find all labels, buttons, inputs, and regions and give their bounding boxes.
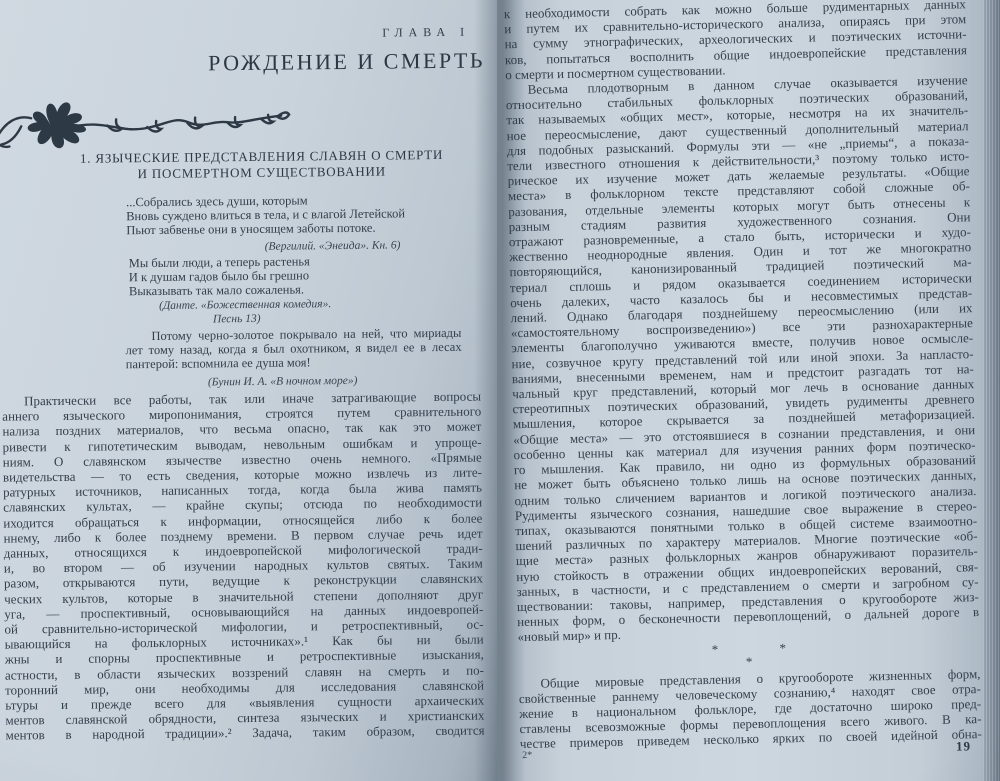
chapter-title: РОЖДЕНИЕ И СМЕРТЬ	[176, 47, 516, 77]
epigraph-attribution-line: (Бунин И. А. «В ночном море»)	[208, 375, 356, 390]
epigraph-attribution-line: Песнь 13)	[159, 312, 314, 327]
epigraph-dante: Мы были люди, а теперь растеньяИ к душам…	[129, 253, 464, 299]
epigraph-bunin-attribution: (Бунин И. А. «В ночном море»)	[208, 375, 356, 390]
epigraph-line: пантерой: вспомнила ее душа моя!	[126, 354, 462, 372]
epigraph-vergil: ...Собрались здесь души, которымВновь су…	[126, 192, 461, 238]
book-photo: ГЛАВА I РОЖДЕНИЕ И СМЕРТЬ 1. ЯЗЫЧЕСКИЕ П…	[0, 0, 1000, 781]
epigraph-line: Выказывать так мало сожаленья.	[129, 281, 464, 299]
gutter-shadow	[474, 0, 526, 781]
epigraph-attribution-line: (Вергилий. «Энеида». Кн. 6)	[228, 239, 400, 254]
page-number: 19	[956, 738, 971, 754]
floral-flourish-icon	[0, 82, 294, 159]
left-page-body: Практически все работы, так или иначе за…	[2, 389, 485, 744]
left-page-content: ГЛАВА I РОЖДЕНИЕ И СМЕРТЬ 1. ЯЗЫЧЕСКИЕ П…	[0, 0, 501, 781]
page-edge-stack	[983, 0, 1000, 781]
right-page-content: к необходимости собрать как можно больше…	[504, 0, 992, 752]
epigraph-attribution-line: (Данте. «Божественная комедия».	[159, 298, 314, 313]
right-page-body-top: к необходимости собрать как можно больше…	[504, 0, 980, 645]
epigraph-line: Пьют забвенье они в уносящем заботы пото…	[126, 220, 461, 238]
epigraph-dante-attribution: (Данте. «Божественная комедия».Песнь 13)	[159, 298, 314, 327]
epigraph-bunin: Потому черно-золотое покрывало на ней, ч…	[125, 326, 461, 372]
right-page-body-bottom: Общие мировые представления о кругооборо…	[518, 666, 982, 752]
epigraph-vergil-attribution: (Вергилий. «Энеида». Кн. 6)	[228, 239, 400, 254]
section-heading: 1. ЯЗЫЧЕСКИЕ ПРЕДСТАВЛЕНИЯ СЛАВЯН О СМЕР…	[11, 146, 511, 183]
